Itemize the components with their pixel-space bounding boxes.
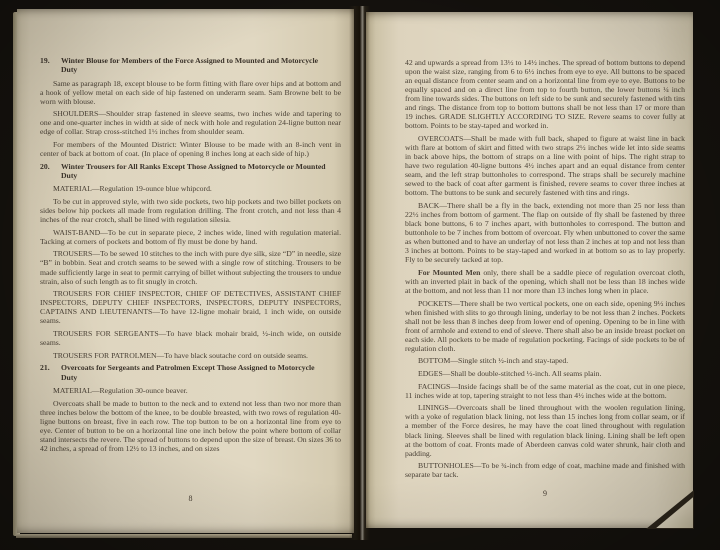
page-right-text: 42 and upwards a spread from 13½ to 14½ … [405, 58, 685, 498]
section-number: 21. [40, 363, 61, 382]
paragraph: Overcoats shall be made to button to the… [40, 399, 341, 453]
section-heading: 19.Winter Blouse for Members of the Forc… [40, 56, 341, 75]
section-number: 19. [40, 56, 61, 75]
section-title: Winter Blouse for Members of the Force A… [61, 56, 341, 75]
paragraph: TROUSERS FOR PATROLMEN—To have black sou… [40, 351, 341, 360]
section-heading: 21.Overcoats for Sergeants and Patrolmen… [40, 363, 341, 382]
paragraph: EDGES—Shall be double-stitched ½-inch. A… [405, 369, 685, 378]
paragraph: TROUSERS FOR CHIEF INSPECTOR, CHIEF OF D… [40, 289, 341, 325]
page-left-text: 19.Winter Blouse for Members of the Forc… [40, 53, 341, 501]
paragraph: Same as paragraph 18, except blouse to b… [40, 79, 341, 106]
page-stack-edge-bottom [16, 534, 352, 538]
paragraph: To be cut in approved style, with two si… [40, 197, 341, 224]
paragraph: OVERCOATS—Shall be made with full back, … [405, 134, 685, 197]
paragraph: TROUSERS—To be sewed 10 stitches to the … [40, 249, 341, 285]
booklet-photo: 19.Winter Blouse for Members of the Forc… [0, 0, 720, 550]
paragraph: TROUSERS FOR SERGEANTS—To have black moh… [40, 329, 341, 347]
paragraph: MATERIAL—Regulation 19-ounce blue whipco… [40, 184, 341, 193]
section-title: Winter Trousers for All Ranks Except Tho… [61, 162, 341, 181]
paragraph: BACK—There shall be a fly in the back, e… [405, 201, 685, 264]
paragraph: SHOULDERS—Shoulder strap fastened in sle… [40, 109, 341, 136]
paragraph: LININGS—Overcoats shall be lined through… [405, 403, 685, 457]
paragraph: BOTTOM—Single stitch ½-inch and stay-tap… [405, 356, 685, 365]
paragraph: For members of the Mounted District: Win… [40, 140, 341, 158]
section-heading: 20.Winter Trousers for All Ranks Except … [40, 162, 341, 181]
paragraph: POCKETS—There shall be two vertical pock… [405, 299, 685, 353]
paragraph: WAIST-BAND—To be cut in separate piece, … [40, 228, 341, 246]
paragraph: MATERIAL—Regulation 30-ounce beaver. [40, 386, 341, 395]
paragraph: For Mounted Men only, there shall be a s… [405, 268, 685, 295]
page-right: 42 and upwards a spread from 13½ to 14½ … [366, 12, 693, 528]
page-number-left: 8 [40, 494, 341, 503]
binding-gutter [349, 6, 370, 540]
paragraph: FACINGS—Inside facings shall be of the s… [405, 382, 685, 400]
paragraph-bold-lead: For Mounted Men [418, 268, 480, 277]
section-title: Overcoats for Sergeants and Patrolmen Ex… [61, 363, 341, 382]
page-left: 19.Winter Blouse for Members of the Forc… [17, 9, 354, 533]
paragraph: 42 and upwards a spread from 13½ to 14½ … [405, 58, 685, 130]
section-number: 20. [40, 162, 61, 181]
page-number-right: 9 [405, 489, 685, 498]
paragraph: BUTTONHOLES—To be ¾-inch from edge of co… [405, 461, 685, 479]
